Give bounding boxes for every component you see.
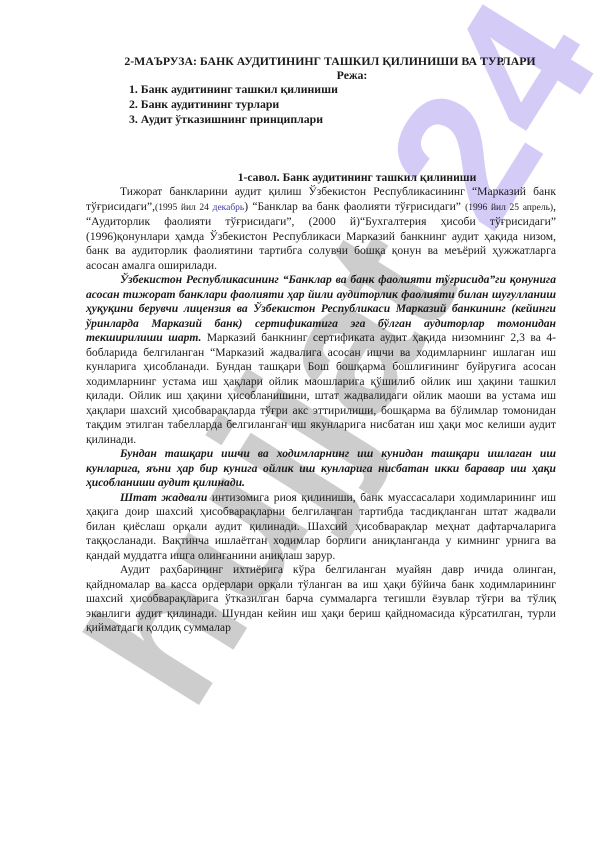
plan-item: 3. Аудит ўтказишнинг принциплари [129, 112, 556, 127]
paragraph-2: Ўзбекистон Республикасининг “Банклар ва … [86, 273, 556, 447]
p1-date-month: декабрь [213, 203, 245, 213]
p3-emphasis: Бундан ташқари ишчи ва ходимларнинг иш к… [86, 447, 556, 489]
paragraph-4: Штат жадвали интизомига риоя қилиниши, б… [86, 491, 556, 564]
p1-date-a: (1995 йил 24 [155, 203, 213, 213]
p1-text-d: ) “Банклар ва банк фаолияти тўғрисидаги” [244, 200, 465, 213]
document-content: 2-МАЪРУЗА: БАНК АУДИТИНИНГ ТАШКИЛ ҚИЛИНИ… [86, 54, 556, 636]
plan-list: 1. Банк аудитининг ташкил қилиниши 2. Ба… [86, 82, 556, 127]
plan-item: 1. Банк аудитининг ташкил қилиниши [129, 82, 556, 97]
plan-item: 2. Банк аудитининг турлари [129, 97, 556, 112]
plan-label: Режа: [86, 68, 556, 82]
paragraph-3: Бундан ташқари ишчи ва ходимларнинг иш к… [86, 447, 556, 491]
paragraph-1: Тижорат банкларини аудит қилиш Ўзбекисто… [86, 185, 556, 273]
p2-text: Марказий банкнинг сертификата аудит ҳақи… [86, 331, 556, 446]
page-title: 2-МАЪРУЗА: БАНК АУДИТИНИНГ ТАШКИЛ ҚИЛИНИ… [86, 54, 556, 68]
p5-text: Аудит раҳбарининг ихтиёрига кўра белгила… [86, 563, 556, 634]
paragraph-5: Аудит раҳбарининг ихтиёрига кўра белгила… [86, 563, 556, 636]
section-heading: 1-савол. Банк аудитининг ташкил қилиниши [86, 171, 556, 185]
document-page: hujjat 24 2-МАЪРУЗА: БАНК АУДИТИНИНГ ТАШ… [0, 0, 596, 842]
p4-emphasis: Штат жадвали [120, 491, 207, 504]
p1-date-b: (1996 йил 25 апрель) [465, 203, 553, 213]
